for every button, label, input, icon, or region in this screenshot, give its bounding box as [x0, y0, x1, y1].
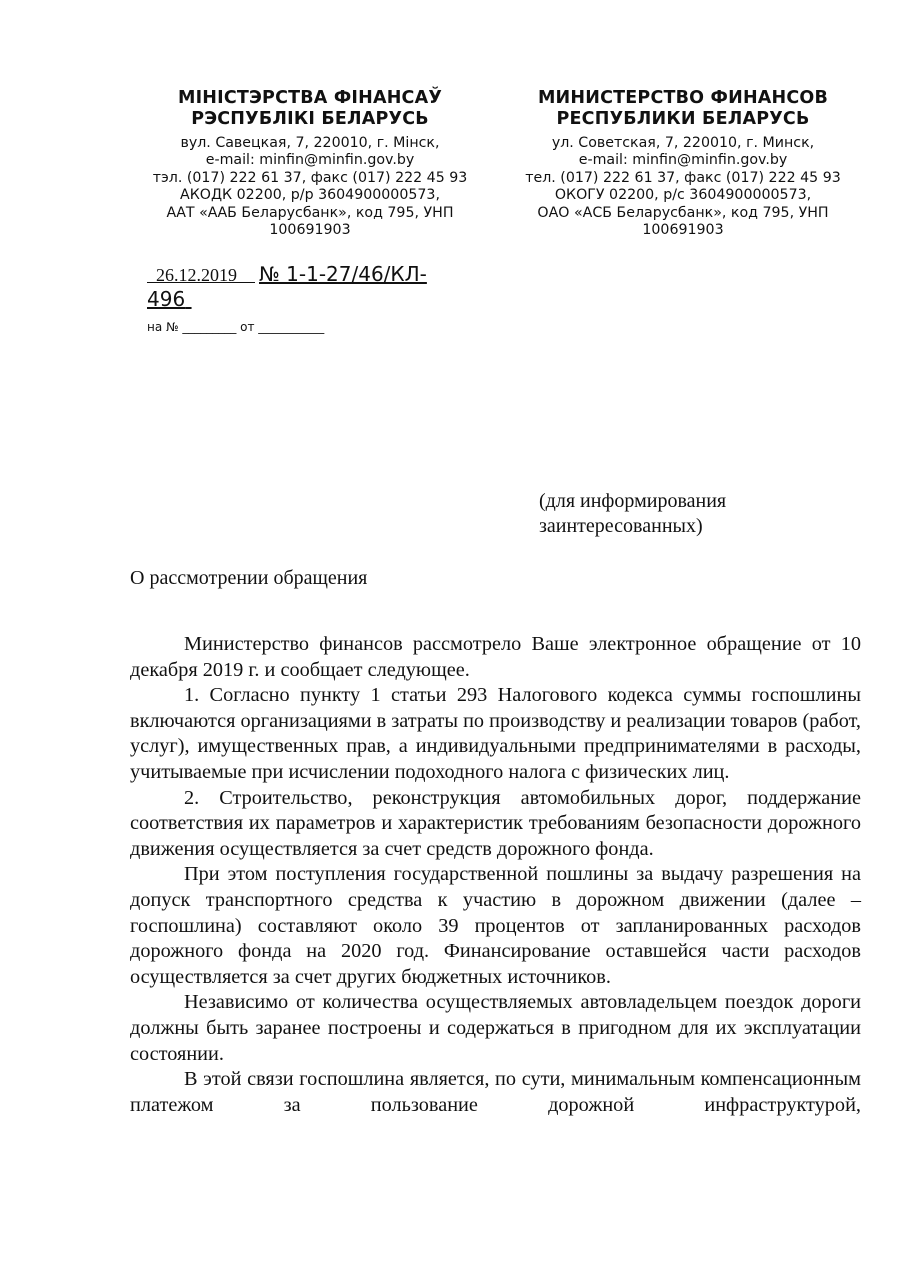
date-pad — [237, 265, 255, 285]
ministry-name-by: МІНІСТЭРСТВА ФІНАНСАЎ РЭСПУБЛІКІ БЕЛАРУС… — [130, 88, 490, 130]
ministry-name-line: РЕСПУБЛИКИ БЕЛАРУСЬ — [502, 109, 864, 130]
reference-from: от — [240, 320, 254, 334]
number-pad — [185, 287, 191, 311]
addressee-line: (для информирования — [539, 489, 726, 514]
letter-body: Министерство финансов рассмотрело Ваше э… — [130, 632, 861, 1118]
bank-line: ОАО «АСБ Беларусбанк», код 795, УНП — [502, 205, 864, 222]
addressee-line: заинтересованных) — [539, 514, 726, 539]
body-paragraph: 1. Согласно пункту 1 статьи 293 Налогово… — [130, 683, 861, 785]
letterhead-russian: МИНИСТЕРСТВО ФИНАНСОВ РЕСПУБЛИКИ БЕЛАРУС… — [502, 88, 864, 239]
body-paragraph: Министерство финансов рассмотрело Ваше э… — [130, 632, 861, 683]
body-paragraph: При этом поступления государственной пош… — [130, 862, 861, 990]
unp-line: 100691903 — [502, 222, 864, 239]
ministry-address-ru: ул. Советская, 7, 220010, г. Минск, e-ma… — [502, 135, 864, 239]
registration-date: 26.12.2019 — [156, 265, 237, 285]
body-paragraph: В этой связи госпошлина является, по сут… — [130, 1067, 861, 1118]
ministry-address-by: вул. Савецкая, 7, 220010, г. Мінск, e-ma… — [130, 135, 490, 239]
subject-line: О рассмотрении обращения — [130, 567, 367, 590]
registration-number-cont: 496 — [147, 287, 185, 311]
ministry-name-line: МІНІСТЭРСТВА ФІНАНСАЎ — [130, 88, 490, 109]
letterhead-belarusian: МІНІСТЭРСТВА ФІНАНСАЎ РЭСПУБЛІКІ БЕЛАРУС… — [130, 88, 490, 239]
date-pad — [147, 265, 156, 285]
bank-code-line: АКОДК 02200, р/р 3604900000573, — [130, 187, 490, 204]
registration-number: № 1-1-27/46/КЛ- — [259, 262, 427, 286]
ministry-name-line: РЭСПУБЛІКІ БЕЛАРУСЬ — [130, 109, 490, 130]
email-line: e-mail: minfin@minfin.gov.by — [130, 152, 490, 169]
bank-code-line: ОКОГУ 02200, р/с 3604900000573, — [502, 187, 864, 204]
address-line: ул. Советская, 7, 220010, г. Минск, — [502, 135, 864, 152]
unp-line: 100691903 — [130, 222, 490, 239]
reference-prefix: на № — [147, 320, 179, 334]
body-paragraph: Независимо от количества осуществляемых … — [130, 990, 861, 1067]
address-line: вул. Савецкая, 7, 220010, г. Мінск, — [130, 135, 490, 152]
phone-line: тэл. (017) 222 61 37, факс (017) 222 45 … — [130, 170, 490, 187]
reference-line: на № _________ от ___________ — [147, 320, 324, 334]
registration-block: 26.12.2019 № 1-1-27/46/КЛ- 496 — [147, 262, 477, 312]
body-paragraph: 2. Строительство, реконструкция автомоби… — [130, 786, 861, 863]
bank-line: ААТ «ААБ Беларусбанк», код 795, УНП — [130, 205, 490, 222]
ministry-name-ru: МИНИСТЕРСТВО ФИНАНСОВ РЕСПУБЛИКИ БЕЛАРУС… — [502, 88, 864, 130]
addressee: (для информирования заинтересованных) — [539, 489, 726, 539]
email-line: e-mail: minfin@minfin.gov.by — [502, 152, 864, 169]
phone-line: тел. (017) 222 61 37, факс (017) 222 45 … — [502, 170, 864, 187]
ministry-name-line: МИНИСТЕРСТВО ФИНАНСОВ — [502, 88, 864, 109]
